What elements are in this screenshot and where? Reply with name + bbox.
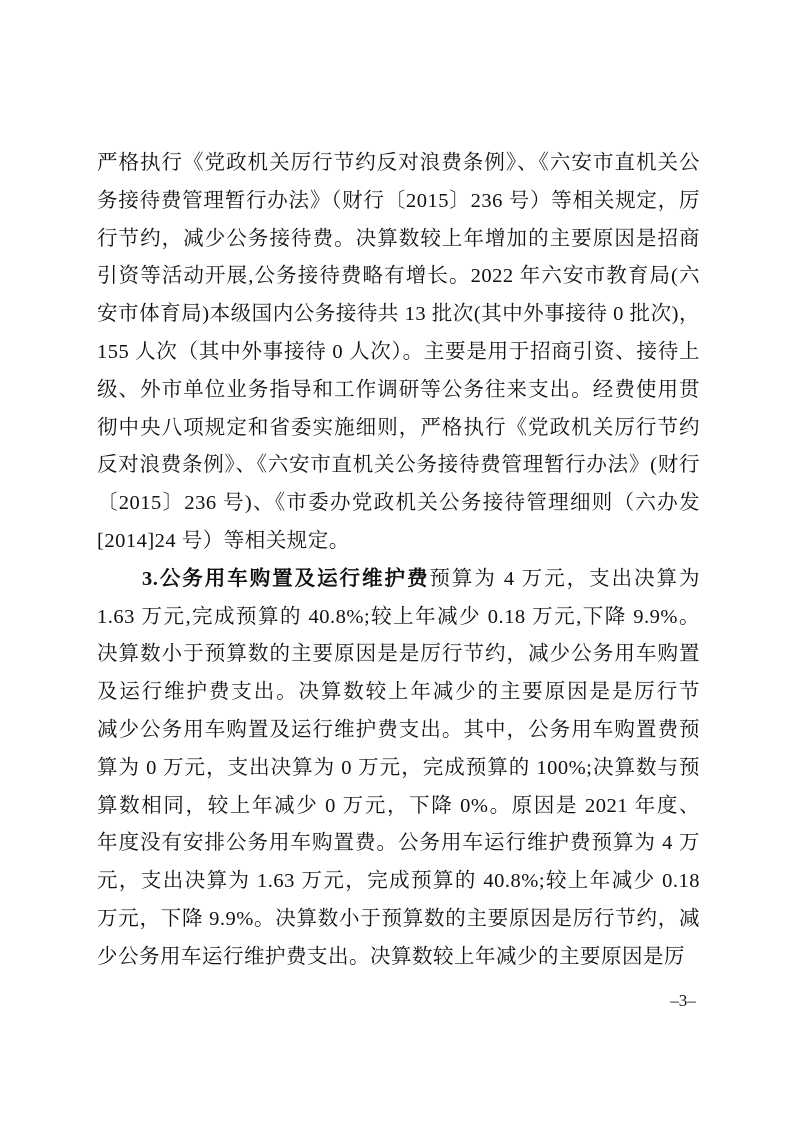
text-line: 算数相同，较上年减少 0 万元，下降 0%。原因是 2021 年度、2022 (97, 788, 700, 826)
text-line: 少公务用车运行维护费支出。决算数较上年减少的主要原因是厉 (97, 939, 700, 977)
text-line: 〔2015〕236 号)、《市委办党政机关公务接待管理细则（六办发 (97, 485, 700, 523)
text-line: 及运行维护费支出。决算数较上年减少的主要原因是是厉行节约， (97, 674, 700, 712)
text-line: 彻中央八项规定和省委实施细则，严格执行《党政机关厉行节约 (97, 410, 700, 448)
document-body: 严格执行《党政机关厉行节约反对浪费条例》、《六安市直机关公务接待费管理暂行办法》… (97, 145, 700, 977)
text-line: 元，支出决算为 1.63 万元，完成预算的 40.8%;较上年减少 0.18 (97, 863, 700, 901)
text-line: 决算数小于预算数的主要原因是是厉行节约，减少公务用车购置 (97, 636, 700, 674)
text-line: 算为 0 万元，支出决算为 0 万元，完成预算的 100%;决算数与预 (97, 750, 700, 788)
text-line: 严格执行《党政机关厉行节约反对浪费条例》、《六安市直机关公 (97, 145, 700, 183)
text-line: 安市体育局)本级国内公务接待共 13 批次(其中外事接待 0 批次)， (97, 296, 700, 334)
text-line: 反对浪费条例》、《六安市直机关公务接待费管理暂行办法》(财行 (97, 447, 700, 485)
text-line: 务接待费管理暂行办法》（财行〔2015〕236 号）等相关规定，厉 (97, 183, 700, 221)
text-line: 3.公务用车购置及运行维护费预算为 4 万元，支出决算为 (97, 561, 700, 599)
text-line: 行节约，减少公务接待费。决算数较上年增加的主要原因是招商 (97, 221, 700, 259)
text-line: 155 人次（其中外事接待 0 人次）。主要是用于招商引资、接待上 (97, 334, 700, 372)
document-page: 严格执行《党政机关厉行节约反对浪费条例》、《六安市直机关公务接待费管理暂行办法》… (0, 0, 793, 1122)
text-line: 年度没有安排公务用车购置费。公务用车运行维护费预算为 4 万 (97, 825, 700, 863)
bold-heading-run: 3.公务用车购置及运行维护费 (142, 568, 429, 590)
text-line: 引资等活动开展,公务接待费略有增长。2022 年六安市教育局(六 (97, 258, 700, 296)
text-line: 减少公务用车购置及运行维护费支出。其中，公务用车购置费预 (97, 712, 700, 750)
text-line: 级、外市单位业务指导和工作调研等公务往来支出。经费使用贯 (97, 372, 700, 410)
text-line: 1.63 万元,完成预算的 40.8%;较上年减少 0.18 万元,下降 9.9… (97, 599, 700, 637)
page-number: –3– (655, 989, 711, 1013)
text-line: [2014]24 号）等相关规定。 (97, 523, 700, 561)
text-line: 万元，下降 9.9%。决算数小于预算数的主要原因是厉行节约，减 (97, 901, 700, 939)
